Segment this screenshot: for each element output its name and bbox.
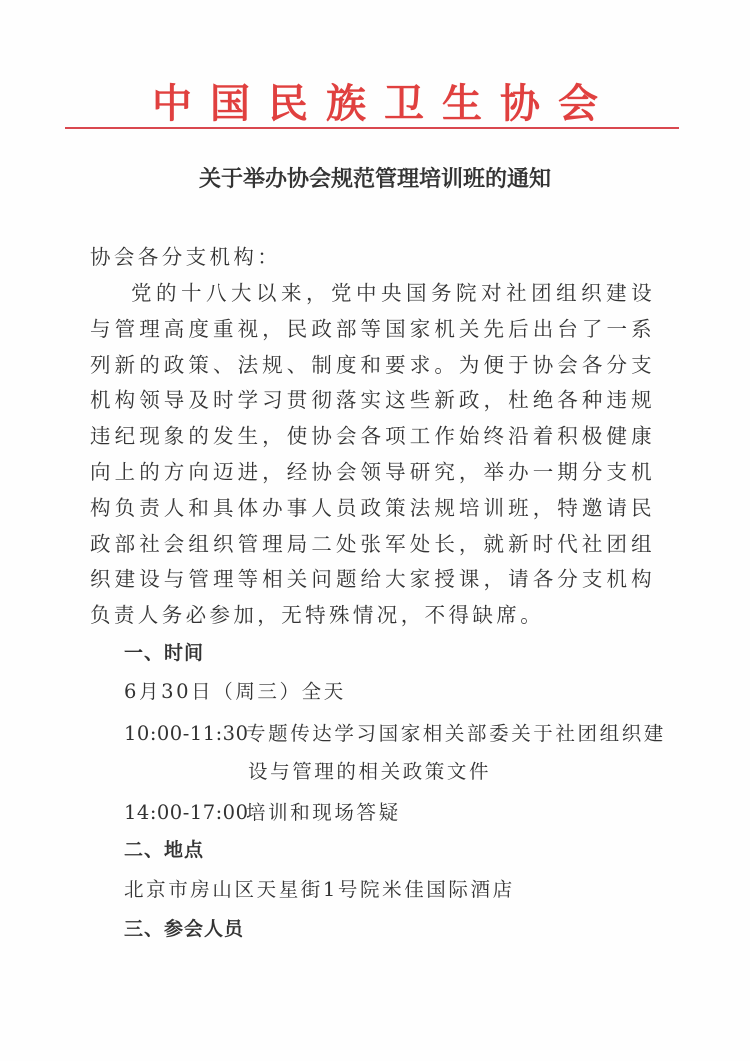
event-date: 6月30日（周三）全天: [124, 676, 346, 704]
schedule-item-morning: 10:00-11:30专题传达学习国家相关部委关于社团组织建: [124, 718, 666, 746]
letterhead-org-name: 中国民族卫生协会: [0, 72, 750, 129]
document-page: 中国民族卫生协会 关于举办协会规范管理培训班的通知 协会各分支机构： 党的十八大…: [0, 0, 750, 1061]
section-heading-location: 二、地点: [124, 835, 204, 862]
section-heading-attendees: 三、参会人员: [124, 914, 244, 941]
schedule-description: 培训和现场答疑: [246, 801, 401, 824]
body-paragraph: 党的十八大以来，党中央国务院对社团组织建设与管理高度重视，民政部等国家机关先后出…: [90, 276, 655, 634]
letterhead-red-rule: [65, 127, 679, 129]
section-heading-time: 一、时间: [124, 638, 204, 665]
salutation: 协会各分支机构：: [90, 240, 655, 276]
schedule-item-afternoon: 14:00-17:00培训和现场答疑: [124, 797, 401, 825]
schedule-description: 专题传达学习国家相关部委关于社团组织建: [246, 722, 666, 745]
schedule-time: 14:00-17:00: [124, 801, 246, 824]
schedule-time: 10:00-11:30: [124, 722, 246, 745]
event-address: 北京市房山区天星街1号院米佳国际酒店: [124, 874, 515, 902]
document-title: 关于举办协会规范管理培训班的通知: [0, 162, 750, 193]
schedule-description-continued: 设与管理的相关政策文件: [248, 756, 491, 784]
